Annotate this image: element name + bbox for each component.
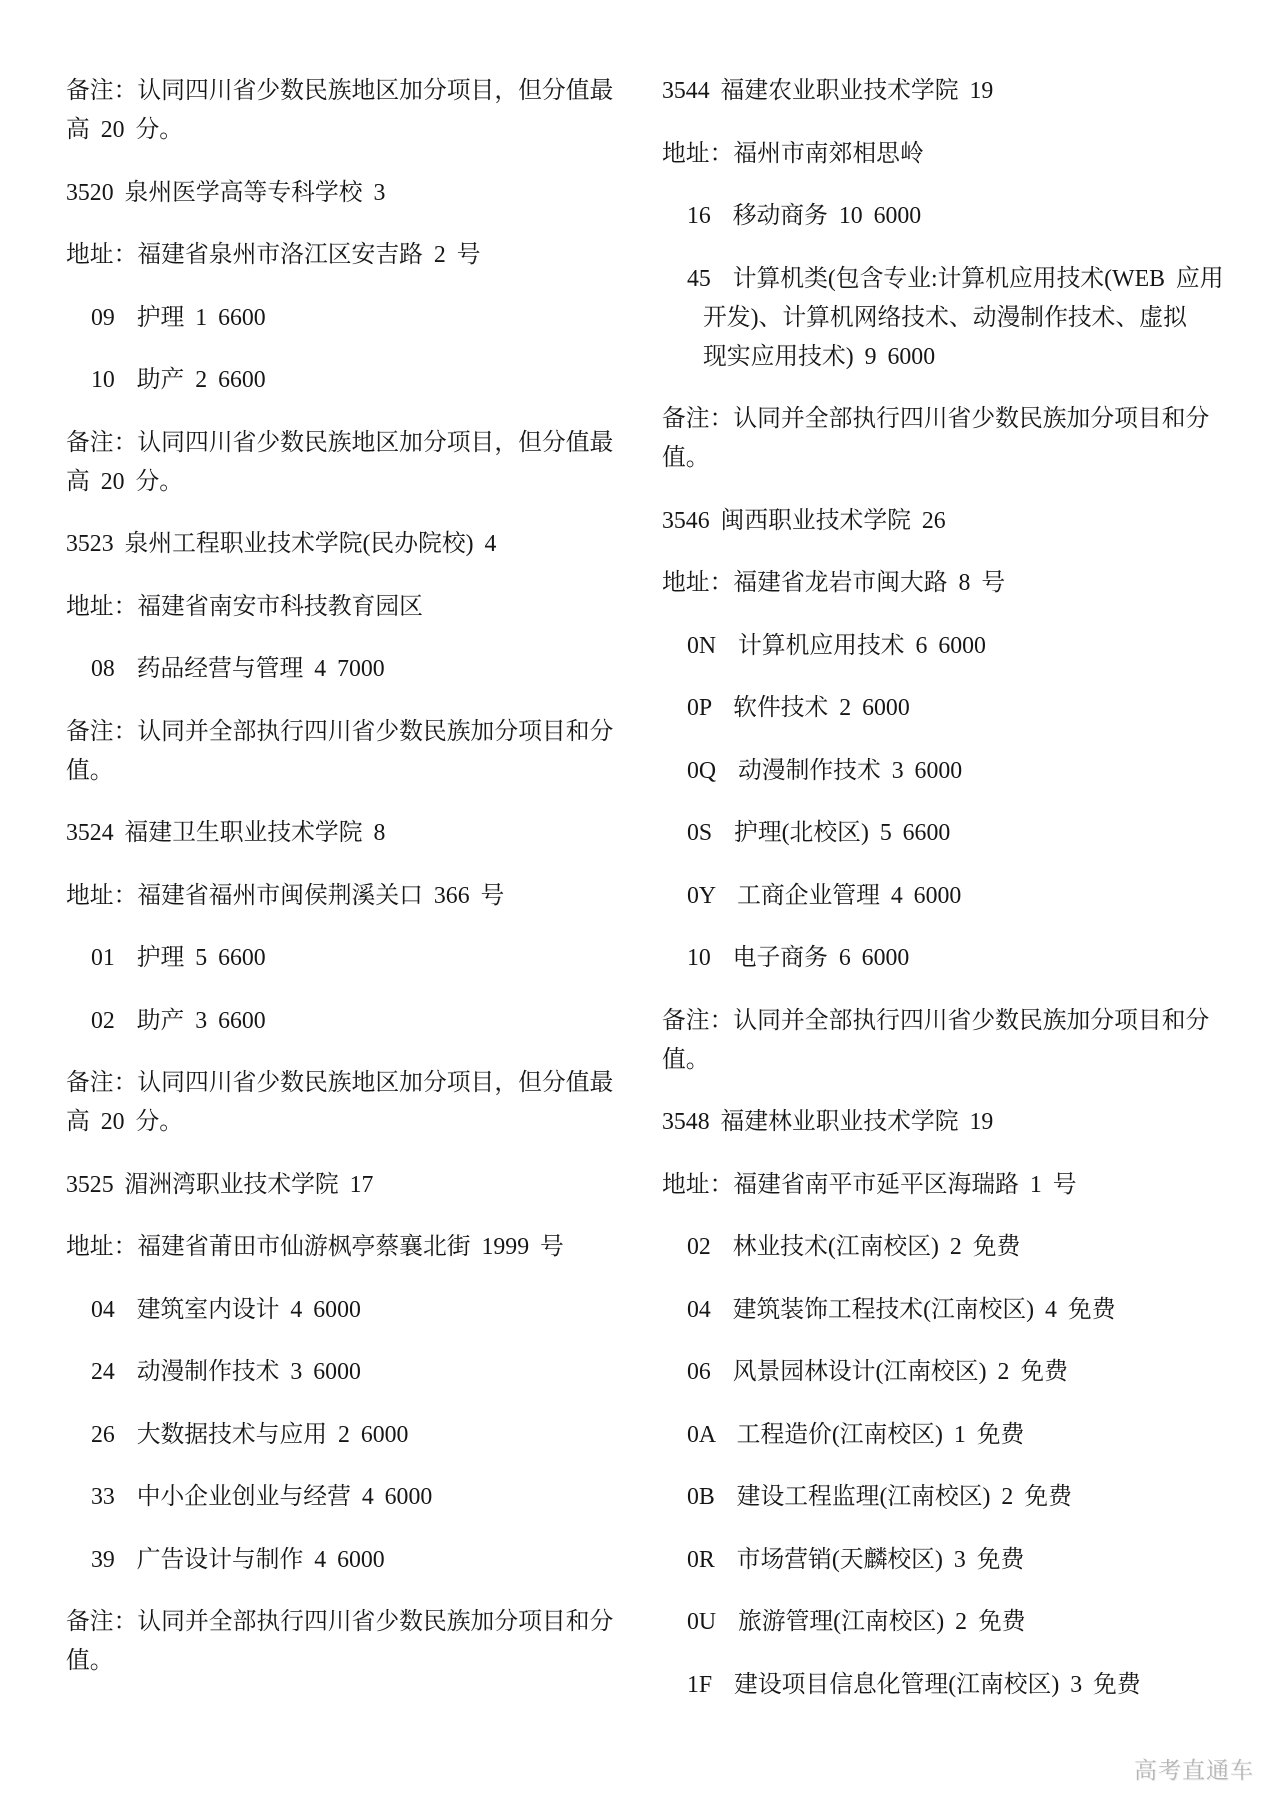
left-column: 备注：认同四川省少数民族地区加分项目，但分值最高 20 分。3520 泉州医学高… <box>66 72 651 1681</box>
address-line: 地址：福建省南安市科技教育园区 <box>66 588 651 627</box>
major-line: 开发)、计算机网络技术、动漫制作技术、虚拟 <box>662 299 1247 338</box>
major-line: 0A 工程造价(江南校区) 1 免费 <box>662 1416 1247 1455</box>
major-line: 0Y 工商企业管理 4 6000 <box>662 877 1247 916</box>
right-column: 3544 福建农业职业技术学院 19地址：福州市南郊相思岭16 移动商务 10 … <box>662 72 1247 1705</box>
major-line: 0U 旅游管理(江南校区) 2 免费 <box>662 1603 1247 1642</box>
school-line: 3546 闽西职业技术学院 26 <box>662 502 1247 541</box>
major-line: 01 护理 5 6600 <box>66 939 651 978</box>
note-line: 备注：认同并全部执行四川省少数民族加分项目和分 <box>662 400 1247 439</box>
school-line: 3523 泉州工程职业技术学院(民办院校) 4 <box>66 525 651 564</box>
note-line: 备注：认同四川省少数民族地区加分项目，但分值最 <box>66 1064 651 1103</box>
note-line: 备注：认同并全部执行四川省少数民族加分项目和分 <box>66 713 651 752</box>
note-line: 高 20 分。 <box>66 111 651 150</box>
major-line: 0Q 动漫制作技术 3 6000 <box>662 752 1247 791</box>
major-line: 39 广告设计与制作 4 6000 <box>66 1541 651 1580</box>
note-line: 高 20 分。 <box>66 463 651 502</box>
major-line: 08 药品经营与管理 4 7000 <box>66 650 651 689</box>
school-line: 3520 泉州医学高等专科学校 3 <box>66 174 651 213</box>
major-line: 0P 软件技术 2 6000 <box>662 689 1247 728</box>
note-line: 值。 <box>662 1041 1247 1080</box>
address-line: 地址：福建省莆田市仙游枫亭蔡襄北街 1999 号 <box>66 1228 651 1267</box>
major-line: 24 动漫制作技术 3 6000 <box>66 1353 651 1392</box>
major-line: 1F 建设项目信息化管理(江南校区) 3 免费 <box>662 1666 1247 1705</box>
major-line: 0B 建设工程监理(江南校区) 2 免费 <box>662 1478 1247 1517</box>
school-line: 3544 福建农业职业技术学院 19 <box>662 72 1247 111</box>
address-line: 地址：福建省福州市闽侯荆溪关口 366 号 <box>66 877 651 916</box>
document-page: 备注：认同四川省少数民族地区加分项目，但分值最高 20 分。3520 泉州医学高… <box>0 0 1280 1810</box>
major-line: 04 建筑装饰工程技术(江南校区) 4 免费 <box>662 1291 1247 1330</box>
major-line: 33 中小企业创业与经营 4 6000 <box>66 1478 651 1517</box>
major-line: 02 助产 3 6600 <box>66 1002 651 1041</box>
major-line: 04 建筑室内设计 4 6000 <box>66 1291 651 1330</box>
major-line: 16 移动商务 10 6000 <box>662 197 1247 236</box>
note-line: 备注：认同并全部执行四川省少数民族加分项目和分 <box>66 1603 651 1642</box>
address-line: 地址：福建省龙岩市闽大路 8 号 <box>662 564 1247 603</box>
address-line: 地址：福建省泉州市洛江区安吉路 2 号 <box>66 236 651 275</box>
note-line: 备注：认同四川省少数民族地区加分项目，但分值最 <box>66 72 651 111</box>
note-line: 备注：认同四川省少数民族地区加分项目，但分值最 <box>66 424 651 463</box>
major-line: 06 风景园林设计(江南校区) 2 免费 <box>662 1353 1247 1392</box>
note-line: 值。 <box>66 1642 651 1681</box>
major-line: 26 大数据技术与应用 2 6000 <box>66 1416 651 1455</box>
major-line: 0R 市场营销(天麟校区) 3 免费 <box>662 1541 1247 1580</box>
note-line: 备注：认同并全部执行四川省少数民族加分项目和分 <box>662 1002 1247 1041</box>
note-line: 值。 <box>66 752 651 791</box>
major-line: 10 电子商务 6 6000 <box>662 939 1247 978</box>
school-line: 3525 湄洲湾职业技术学院 17 <box>66 1166 651 1205</box>
major-line: 10 助产 2 6600 <box>66 361 651 400</box>
note-line: 值。 <box>662 439 1247 478</box>
address-line: 地址：福州市南郊相思岭 <box>662 135 1247 174</box>
major-line: 现实应用技术) 9 6000 <box>662 338 1247 377</box>
school-line: 3524 福建卫生职业技术学院 8 <box>66 814 651 853</box>
school-line: 3548 福建林业职业技术学院 19 <box>662 1103 1247 1142</box>
watermark: 高考直通车 <box>1134 1758 1254 1784</box>
address-line: 地址：福建省南平市延平区海瑞路 1 号 <box>662 1166 1247 1205</box>
note-line: 高 20 分。 <box>66 1103 651 1142</box>
major-line: 0S 护理(北校区) 5 6600 <box>662 814 1247 853</box>
major-line: 02 林业技术(江南校区) 2 免费 <box>662 1228 1247 1267</box>
major-line: 0N 计算机应用技术 6 6000 <box>662 627 1247 666</box>
major-line: 45 计算机类(包含专业:计算机应用技术(WEB 应用 <box>662 260 1247 299</box>
major-line: 09 护理 1 6600 <box>66 299 651 338</box>
